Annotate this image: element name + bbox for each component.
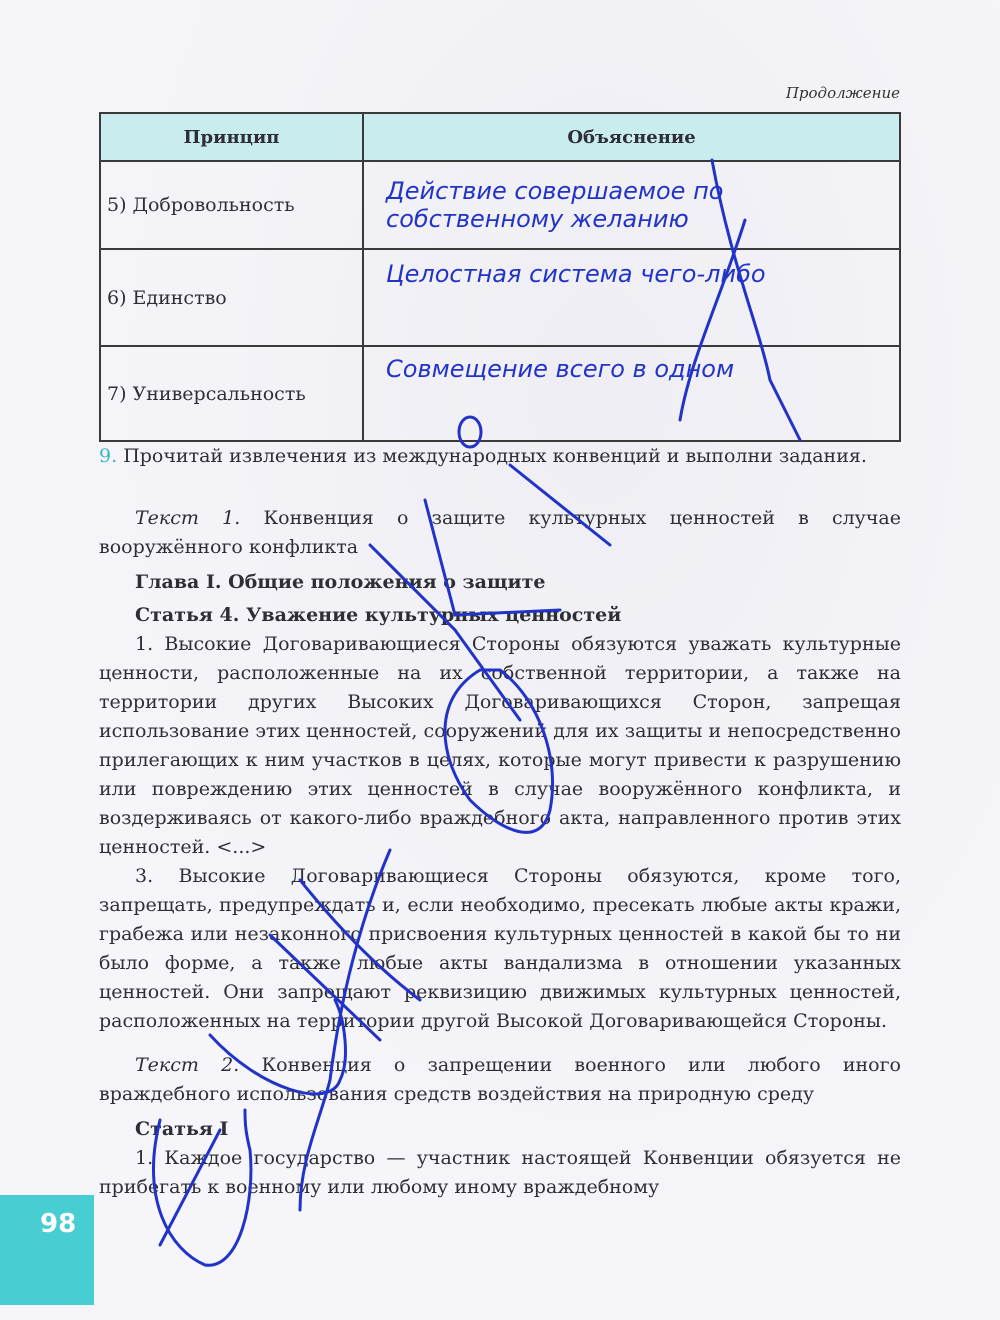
- article-heading: Статья 4. Уважение культурных ценностей: [99, 601, 901, 630]
- principles-table: Принцип Объяснение 5) Добровольность Дей…: [99, 112, 901, 442]
- text2-block: Текст 2. Конвенция о запрещении военного…: [99, 1051, 901, 1202]
- instruction-text: Прочитай извлечения из международных кон…: [123, 445, 867, 467]
- table-row: 5) Добровольность Действие совершаемое п…: [100, 161, 900, 249]
- header-explanation: Объяснение: [363, 113, 900, 161]
- handwritten-line: Совмещение всего в одном: [386, 355, 898, 383]
- explanation-cell[interactable]: Целостная система чего-либо: [363, 249, 900, 346]
- article-heading: Статья I: [99, 1115, 901, 1144]
- task-instruction: 9. Прочитай извлечения из международных …: [99, 442, 901, 471]
- task-number: 9.: [99, 445, 117, 467]
- paragraph: 1. Высокие Договаривающиеся Стороны обяз…: [99, 630, 901, 862]
- principle-cell: 6) Единство: [100, 249, 363, 346]
- principle-cell: 5) Добровольность: [100, 161, 363, 249]
- continuation-label: Продолжение: [786, 84, 900, 102]
- paragraph: 1. Каждое государство — участник настоящ…: [99, 1144, 901, 1202]
- table-row: 7) Универсальность Совмещение всего в од…: [100, 346, 900, 441]
- text1-label: Текст 1: [135, 507, 234, 529]
- page-number: 98: [40, 1209, 76, 1239]
- explanation-cell[interactable]: Действие совершаемое по собственному жел…: [363, 161, 900, 249]
- handwritten-line: Целостная система чего-либо: [386, 260, 898, 288]
- chapter-heading: Глава I. Общие положения о защите: [99, 568, 901, 597]
- handwritten-line: собственному желанию: [386, 205, 898, 233]
- page-number-tab: 98: [0, 1195, 94, 1305]
- text1-block: Текст 1. Конвенция о защите культурных ц…: [99, 504, 901, 1036]
- header-principle: Принцип: [100, 113, 363, 161]
- paragraph: 3. Высокие Договаривающиеся Стороны обяз…: [99, 862, 901, 1036]
- explanation-cell[interactable]: Совмещение всего в одном: [363, 346, 900, 441]
- principle-cell: 7) Универсальность: [100, 346, 363, 441]
- text2-label: Текст 2: [135, 1054, 233, 1076]
- handwritten-line: Действие совершаемое по: [386, 177, 898, 205]
- table-row: 6) Единство Целостная система чего-либо: [100, 249, 900, 346]
